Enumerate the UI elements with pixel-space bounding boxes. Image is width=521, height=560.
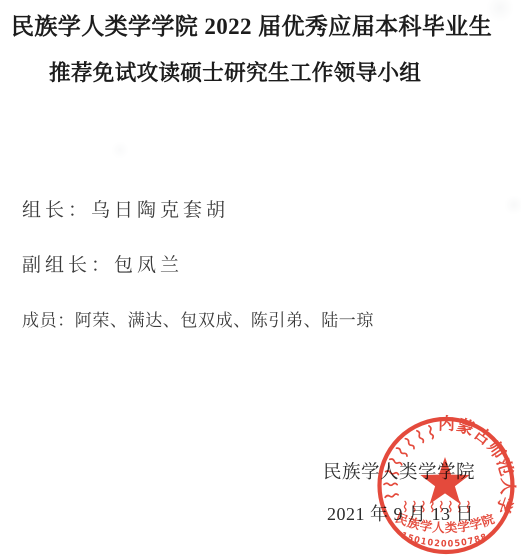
mongolian-script-arc bbox=[384, 426, 434, 499]
document-title-line1: 民族学人类学学院 2022 届优秀应届本科毕业生 bbox=[11, 15, 492, 38]
members-line: 成员：阿荣、满达、包双成、陈引弟、陆一琼 bbox=[22, 312, 374, 329]
seal-serial-number: 1501020050788 bbox=[399, 531, 489, 550]
signature-date: 2021 年 9 月 13 日 bbox=[327, 505, 474, 523]
leader-line: 组长：乌日陶克套胡 bbox=[22, 201, 229, 220]
deputy-leader-line: 副组长：包凤兰 bbox=[22, 256, 183, 275]
document-page: 民族学人类学学院 2022 届优秀应届本科毕业生 推荐免试攻读硕士研究生工作领导… bbox=[0, 0, 521, 560]
seal-ring bbox=[380, 419, 513, 552]
signature-unit-name: 民族学人类学学院 bbox=[323, 464, 475, 483]
document-title-line2: 推荐免试攻读硕士研究生工作领导小组 bbox=[49, 63, 421, 85]
